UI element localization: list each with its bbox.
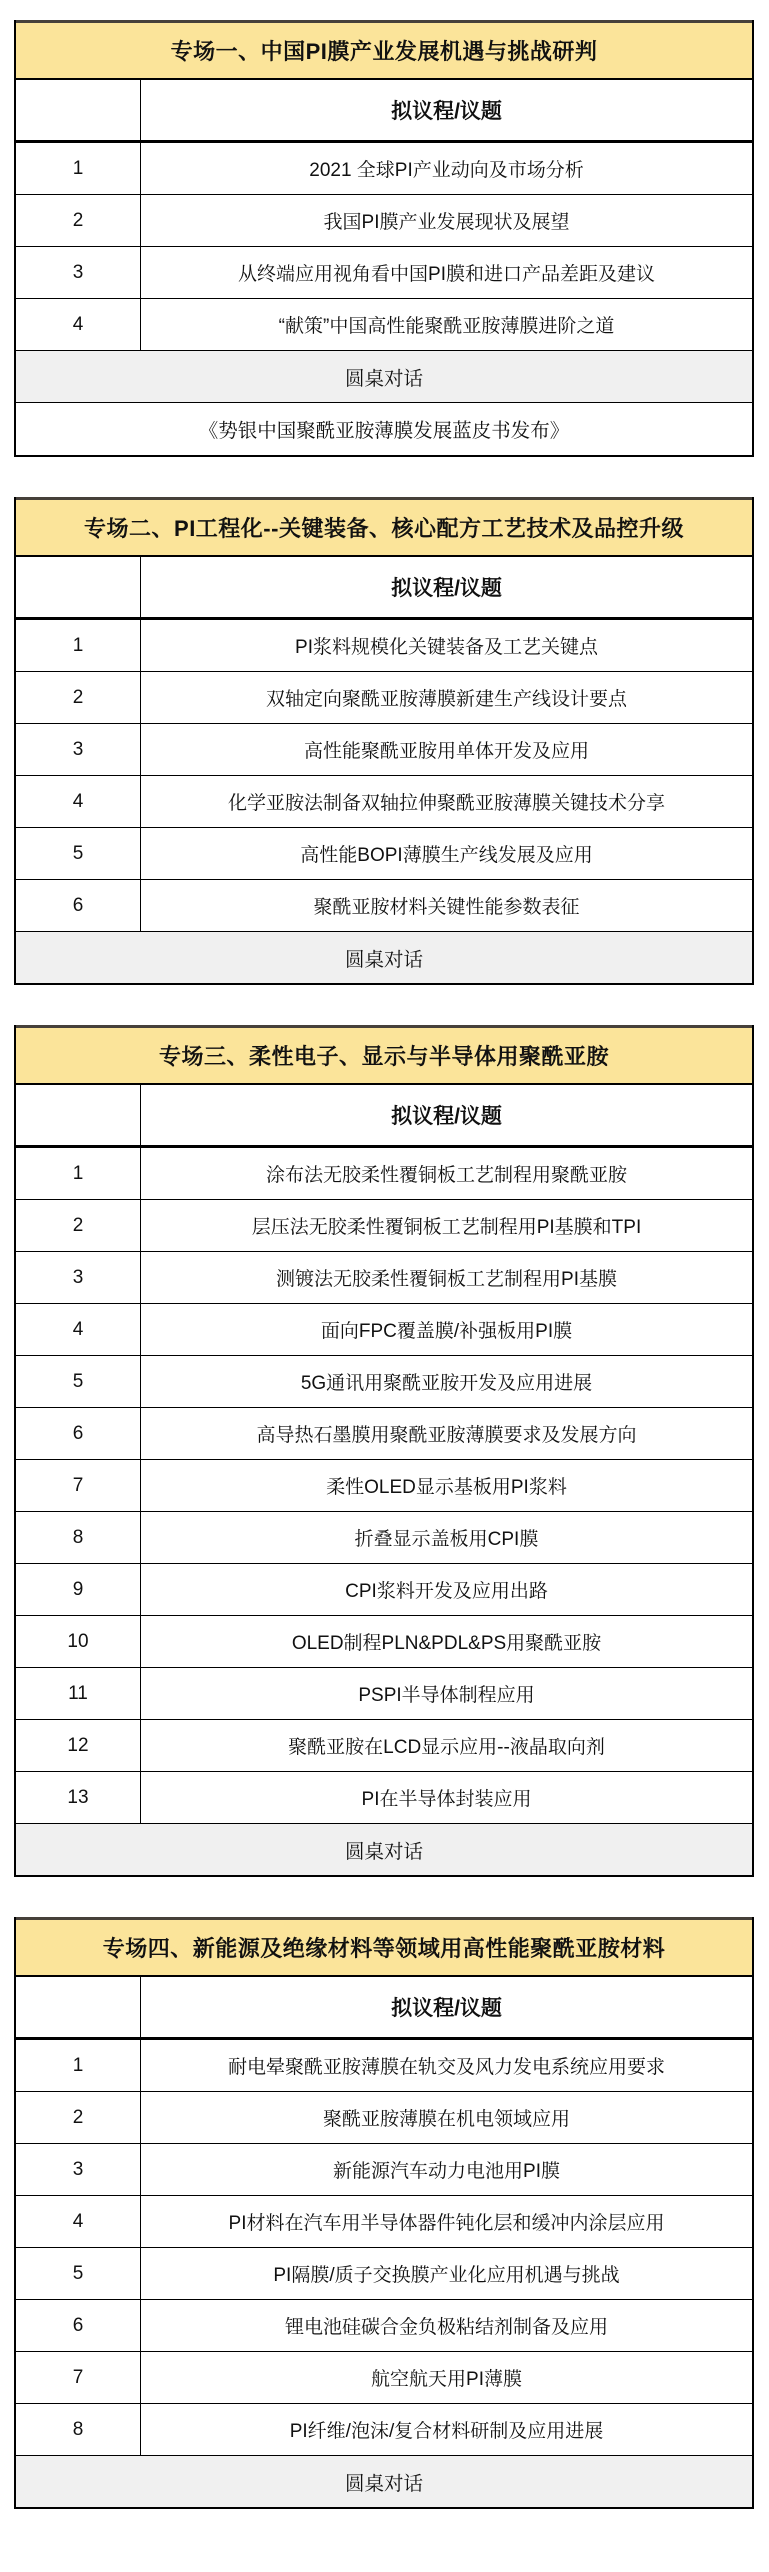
- table-row: 3高性能聚酰亚胺用单体开发及应用: [16, 724, 752, 776]
- row-number: 7: [16, 1460, 141, 1511]
- row-number: 6: [16, 2300, 141, 2351]
- row-number: 11: [16, 1668, 141, 1719]
- agenda-label-row: 拟议程/议题: [16, 1977, 752, 2040]
- row-topic: PI浆料规模化关键装备及工艺关键点: [141, 620, 752, 671]
- table-row: 5PI隔膜/质子交换膜产业化应用机遇与挑战: [16, 2248, 752, 2300]
- row-topic: PI纤维/泡沫/复合材料研制及应用进展: [141, 2404, 752, 2455]
- row-number: 2: [16, 672, 141, 723]
- row-topic: 测镀法无胶柔性覆铜板工艺制程用PI基膜: [141, 1252, 752, 1303]
- row-topic: “献策”中国高性能聚酰亚胺薄膜进阶之道: [141, 299, 752, 350]
- table-row: 8折叠显示盖板用CPI膜: [16, 1512, 752, 1564]
- table-row: 4化学亚胺法制备双轴拉伸聚酰亚胺薄膜关键技术分享: [16, 776, 752, 828]
- table-row: 7航空航天用PI薄膜: [16, 2352, 752, 2404]
- roundtable-row: 圆桌对话: [16, 932, 752, 983]
- table-row: 4PI材料在汽车用半导体器件钝化层和缓冲内涂层应用: [16, 2196, 752, 2248]
- row-topic: OLED制程PLN&PDL&PS用聚酰亚胺: [141, 1616, 752, 1667]
- row-topic: 5G通讯用聚酰亚胺开发及应用进展: [141, 1356, 752, 1407]
- row-topic: 高导热石墨膜用聚酰亚胺薄膜要求及发展方向: [141, 1408, 752, 1459]
- table-row: 6聚酰亚胺材料关键性能参数表征: [16, 880, 752, 932]
- row-number: 4: [16, 2196, 141, 2247]
- roundtable-row: 圆桌对话: [16, 351, 752, 403]
- agenda-label: 拟议程/议题: [141, 1977, 752, 2037]
- agenda-page: 专场一、中国PI膜产业发展机遇与挑战研判拟议程/议题12021 全球PI产业动向…: [0, 0, 769, 2535]
- row-topic: 新能源汽车动力电池用PI膜: [141, 2144, 752, 2195]
- row-number: 3: [16, 2144, 141, 2195]
- row-topic: PI在半导体封装应用: [141, 1772, 752, 1823]
- section-title: 专场一、中国PI膜产业发展机遇与挑战研判: [16, 20, 752, 80]
- row-number: 1: [16, 620, 141, 671]
- row-topic: 2021 全球PI产业动向及市场分析: [141, 143, 752, 194]
- row-number: 10: [16, 1616, 141, 1667]
- session-section-4: 专场四、新能源及绝缘材料等领域用高性能聚酰亚胺材料拟议程/议题1耐电晕聚酰亚胺薄…: [14, 1917, 754, 2509]
- row-topic: PI材料在汽车用半导体器件钝化层和缓冲内涂层应用: [141, 2196, 752, 2247]
- row-topic: 层压法无胶柔性覆铜板工艺制程用PI基膜和TPI: [141, 1200, 752, 1251]
- agenda-label-empty-cell: [16, 80, 141, 140]
- row-number: 1: [16, 1148, 141, 1199]
- row-number: 2: [16, 1200, 141, 1251]
- row-topic: 从终端应用视角看中国PI膜和进口产品差距及建议: [141, 247, 752, 298]
- row-number: 3: [16, 724, 141, 775]
- row-number: 3: [16, 1252, 141, 1303]
- row-number: 6: [16, 880, 141, 931]
- section-title: 专场三、柔性电子、显示与半导体用聚酰亚胺: [16, 1025, 752, 1085]
- row-topic: 柔性OLED显示基板用PI浆料: [141, 1460, 752, 1511]
- agenda-label-empty-cell: [16, 1977, 141, 2037]
- row-topic: 耐电晕聚酰亚胺薄膜在轨交及风力发电系统应用要求: [141, 2040, 752, 2091]
- row-topic: 折叠显示盖板用CPI膜: [141, 1512, 752, 1563]
- bluebook-release-row: 《势银中国聚酰亚胺薄膜发展蓝皮书发布》: [16, 403, 752, 455]
- table-row: 11PSPI半导体制程应用: [16, 1668, 752, 1720]
- table-row: 7柔性OLED显示基板用PI浆料: [16, 1460, 752, 1512]
- table-row: 2我国PI膜产业发展现状及展望: [16, 195, 752, 247]
- table-row: 6锂电池硅碳合金负极粘结剂制备及应用: [16, 2300, 752, 2352]
- row-topic: 聚酰亚胺在LCD显示应用--液晶取向剂: [141, 1720, 752, 1771]
- roundtable-row: 圆桌对话: [16, 2456, 752, 2507]
- row-topic: 聚酰亚胺薄膜在机电领域应用: [141, 2092, 752, 2143]
- row-topic: 锂电池硅碳合金负极粘结剂制备及应用: [141, 2300, 752, 2351]
- row-number: 8: [16, 1512, 141, 1563]
- row-number: 6: [16, 1408, 141, 1459]
- agenda-label-row: 拟议程/议题: [16, 80, 752, 143]
- agenda-label-empty-cell: [16, 557, 141, 617]
- row-topic: CPI浆料开发及应用出路: [141, 1564, 752, 1615]
- table-row: 12021 全球PI产业动向及市场分析: [16, 143, 752, 195]
- table-row: 13PI在半导体封装应用: [16, 1772, 752, 1824]
- table-row: 2聚酰亚胺薄膜在机电领域应用: [16, 2092, 752, 2144]
- row-number: 4: [16, 776, 141, 827]
- row-number: 1: [16, 2040, 141, 2091]
- table-row: 6高导热石墨膜用聚酰亚胺薄膜要求及发展方向: [16, 1408, 752, 1460]
- row-number: 2: [16, 195, 141, 246]
- row-topic: 化学亚胺法制备双轴拉伸聚酰亚胺薄膜关键技术分享: [141, 776, 752, 827]
- table-row: 4面向FPC覆盖膜/补强板用PI膜: [16, 1304, 752, 1356]
- row-number: 12: [16, 1720, 141, 1771]
- table-row: 1PI浆料规模化关键装备及工艺关键点: [16, 620, 752, 672]
- row-topic: 面向FPC覆盖膜/补强板用PI膜: [141, 1304, 752, 1355]
- table-row: 55G通讯用聚酰亚胺开发及应用进展: [16, 1356, 752, 1408]
- table-row: 8PI纤维/泡沫/复合材料研制及应用进展: [16, 2404, 752, 2456]
- session-section-1: 专场一、中国PI膜产业发展机遇与挑战研判拟议程/议题12021 全球PI产业动向…: [14, 20, 754, 457]
- table-row: 2层压法无胶柔性覆铜板工艺制程用PI基膜和TPI: [16, 1200, 752, 1252]
- row-topic: 我国PI膜产业发展现状及展望: [141, 195, 752, 246]
- row-number: 8: [16, 2404, 141, 2455]
- table-row: 3新能源汽车动力电池用PI膜: [16, 2144, 752, 2196]
- table-row: 4“献策”中国高性能聚酰亚胺薄膜进阶之道: [16, 299, 752, 351]
- agenda-label: 拟议程/议题: [141, 557, 752, 617]
- row-topic: PSPI半导体制程应用: [141, 1668, 752, 1719]
- table-row: 1涂布法无胶柔性覆铜板工艺制程用聚酰亚胺: [16, 1148, 752, 1200]
- row-topic: 航空航天用PI薄膜: [141, 2352, 752, 2403]
- row-topic: 高性能聚酰亚胺用单体开发及应用: [141, 724, 752, 775]
- row-number: 13: [16, 1772, 141, 1823]
- row-number: 5: [16, 2248, 141, 2299]
- agenda-label-empty-cell: [16, 1085, 141, 1145]
- row-number: 7: [16, 2352, 141, 2403]
- row-number: 5: [16, 1356, 141, 1407]
- row-topic: 聚酰亚胺材料关键性能参数表征: [141, 880, 752, 931]
- session-section-3: 专场三、柔性电子、显示与半导体用聚酰亚胺拟议程/议题1涂布法无胶柔性覆铜板工艺制…: [14, 1025, 754, 1877]
- row-topic: 涂布法无胶柔性覆铜板工艺制程用聚酰亚胺: [141, 1148, 752, 1199]
- session-section-2: 专场二、PI工程化--关键装备、核心配方工艺技术及品控升级拟议程/议题1PI浆料…: [14, 497, 754, 985]
- table-row: 3从终端应用视角看中国PI膜和进口产品差距及建议: [16, 247, 752, 299]
- agenda-label: 拟议程/议题: [141, 80, 752, 140]
- row-number: 3: [16, 247, 141, 298]
- row-topic: PI隔膜/质子交换膜产业化应用机遇与挑战: [141, 2248, 752, 2299]
- table-row: 10OLED制程PLN&PDL&PS用聚酰亚胺: [16, 1616, 752, 1668]
- section-title: 专场四、新能源及绝缘材料等领域用高性能聚酰亚胺材料: [16, 1917, 752, 1977]
- agenda-label: 拟议程/议题: [141, 1085, 752, 1145]
- row-number: 2: [16, 2092, 141, 2143]
- table-row: 9CPI浆料开发及应用出路: [16, 1564, 752, 1616]
- roundtable-row: 圆桌对话: [16, 1824, 752, 1875]
- table-row: 5高性能BOPI薄膜生产线发展及应用: [16, 828, 752, 880]
- table-row: 12聚酰亚胺在LCD显示应用--液晶取向剂: [16, 1720, 752, 1772]
- row-number: 4: [16, 299, 141, 350]
- row-number: 5: [16, 828, 141, 879]
- agenda-label-row: 拟议程/议题: [16, 1085, 752, 1148]
- row-number: 4: [16, 1304, 141, 1355]
- row-topic: 双轴定向聚酰亚胺薄膜新建生产线设计要点: [141, 672, 752, 723]
- section-title: 专场二、PI工程化--关键装备、核心配方工艺技术及品控升级: [16, 497, 752, 557]
- row-number: 9: [16, 1564, 141, 1615]
- row-number: 1: [16, 143, 141, 194]
- table-row: 3测镀法无胶柔性覆铜板工艺制程用PI基膜: [16, 1252, 752, 1304]
- agenda-label-row: 拟议程/议题: [16, 557, 752, 620]
- table-row: 1耐电晕聚酰亚胺薄膜在轨交及风力发电系统应用要求: [16, 2040, 752, 2092]
- table-row: 2双轴定向聚酰亚胺薄膜新建生产线设计要点: [16, 672, 752, 724]
- row-topic: 高性能BOPI薄膜生产线发展及应用: [141, 828, 752, 879]
